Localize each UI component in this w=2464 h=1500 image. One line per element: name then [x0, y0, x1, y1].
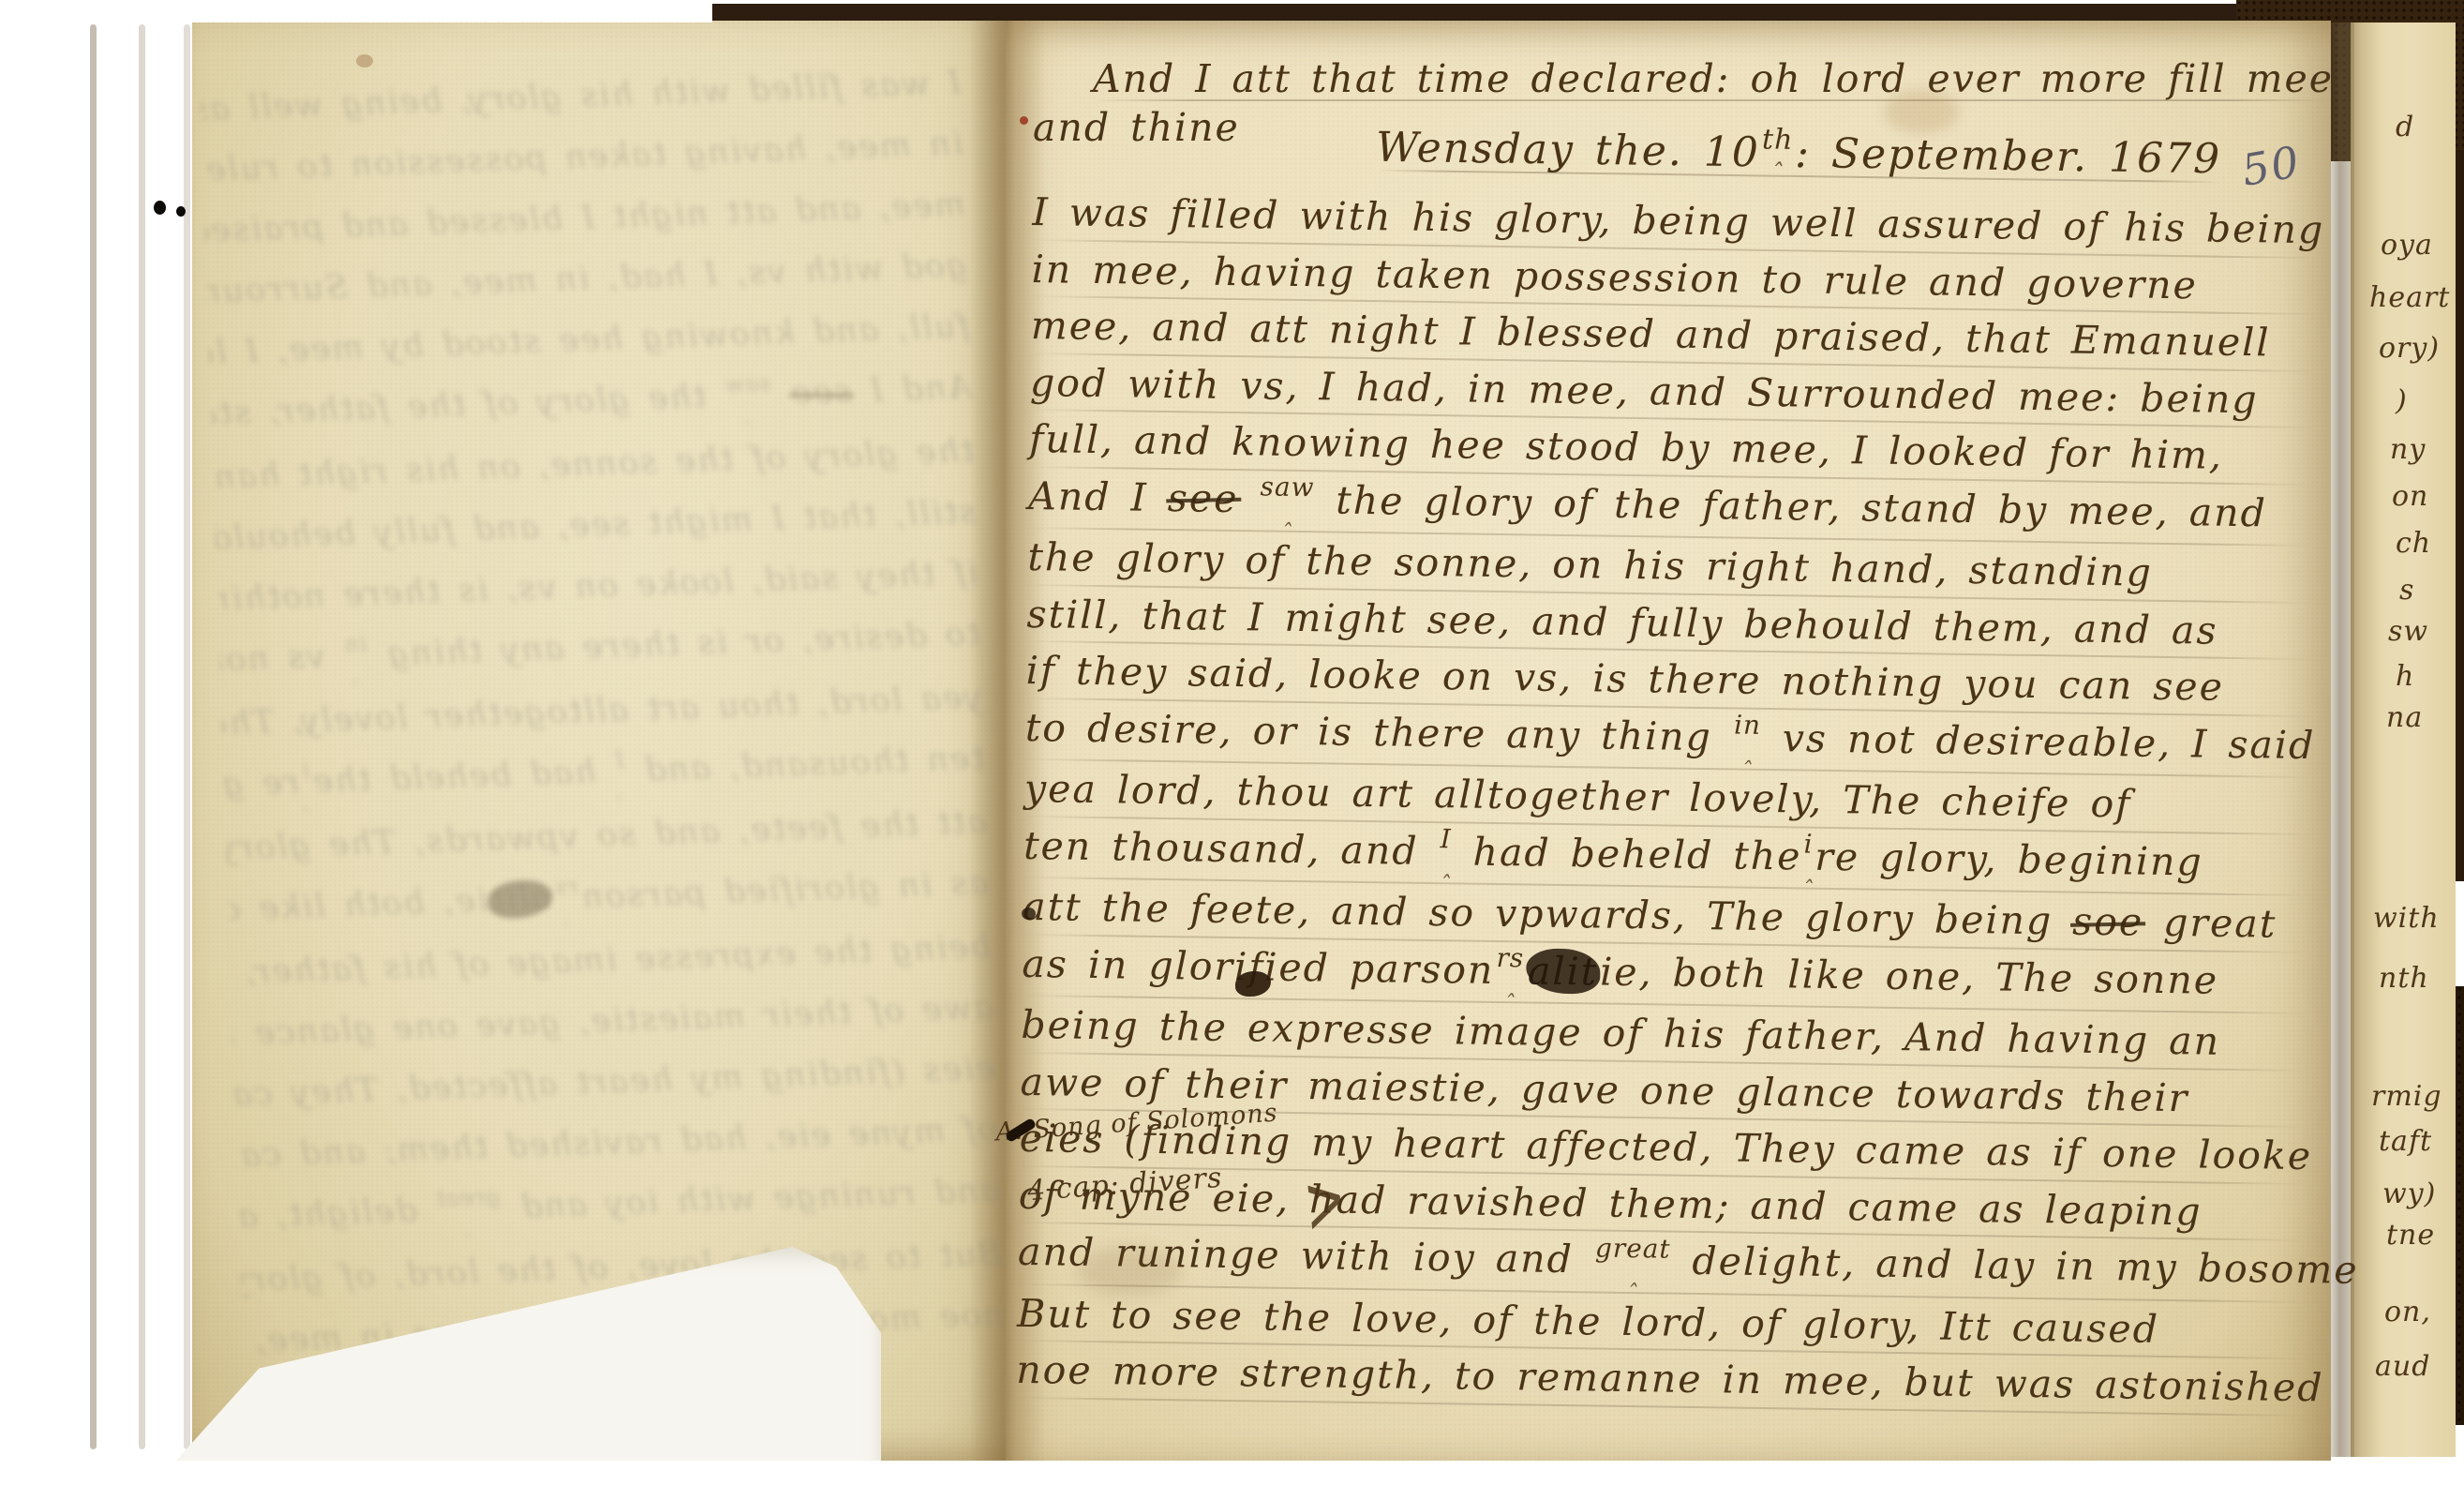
show-through-text: I was filled with his glory, being well …: [200, 52, 1008, 1447]
manuscript-line: And I att that time declared: oh lord ev…: [1093, 56, 2334, 101]
paper-stain: [1884, 90, 1959, 133]
scan-background-left: [0, 0, 11, 1500]
page-edge-streak: [90, 24, 97, 1449]
stacked-page-edges: [9, 24, 208, 1457]
paper-stain: [356, 54, 373, 67]
scan-background-top: [0, 0, 712, 22]
ink-speck: [1022, 907, 1036, 920]
page-number: 50: [2238, 136, 2305, 196]
paper-stain: [1078, 1247, 1181, 1296]
ink-speck: [176, 206, 186, 217]
ink-speck: [154, 201, 166, 215]
page-edge-streak: [139, 24, 145, 1449]
scan-background-bottom: [0, 1461, 2464, 1500]
red-speck: [1020, 116, 1028, 125]
manuscript-body: I was filled with his glory, being well …: [1016, 184, 2319, 1417]
next-leaf-edge: [2351, 22, 2456, 1457]
manuscript-line: and thine: [1033, 105, 1240, 150]
manuscript-scan: I was filled with his glory, being well …: [0, 0, 2464, 1500]
page-edge-streak: [184, 24, 190, 1449]
